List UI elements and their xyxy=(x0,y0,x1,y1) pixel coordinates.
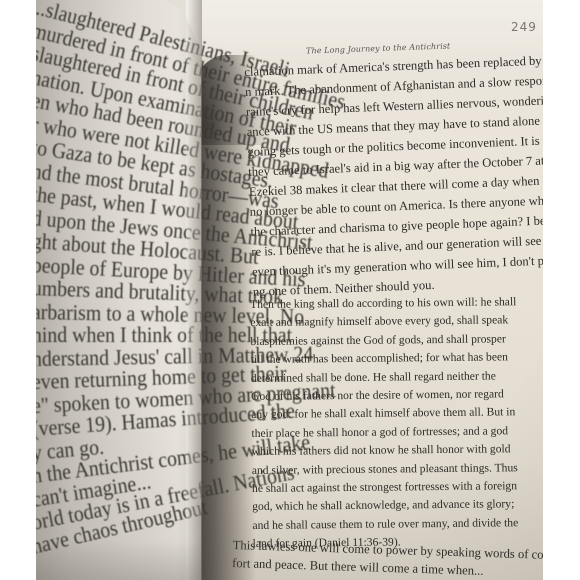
page-curl-shadow xyxy=(36,540,201,580)
left-page-text: ...slaughtered Palestinians, Israeli mur… xyxy=(36,0,262,558)
book-photo: 249 The Long Journey to the Antichrist c… xyxy=(36,0,543,580)
quote-line: and he shall cause them to rule over man… xyxy=(252,514,512,535)
page-edge xyxy=(186,0,202,580)
page-number: 249 xyxy=(511,20,537,34)
left-page-curled: ...slaughtered Palestinians, Israeli mur… xyxy=(36,0,201,580)
